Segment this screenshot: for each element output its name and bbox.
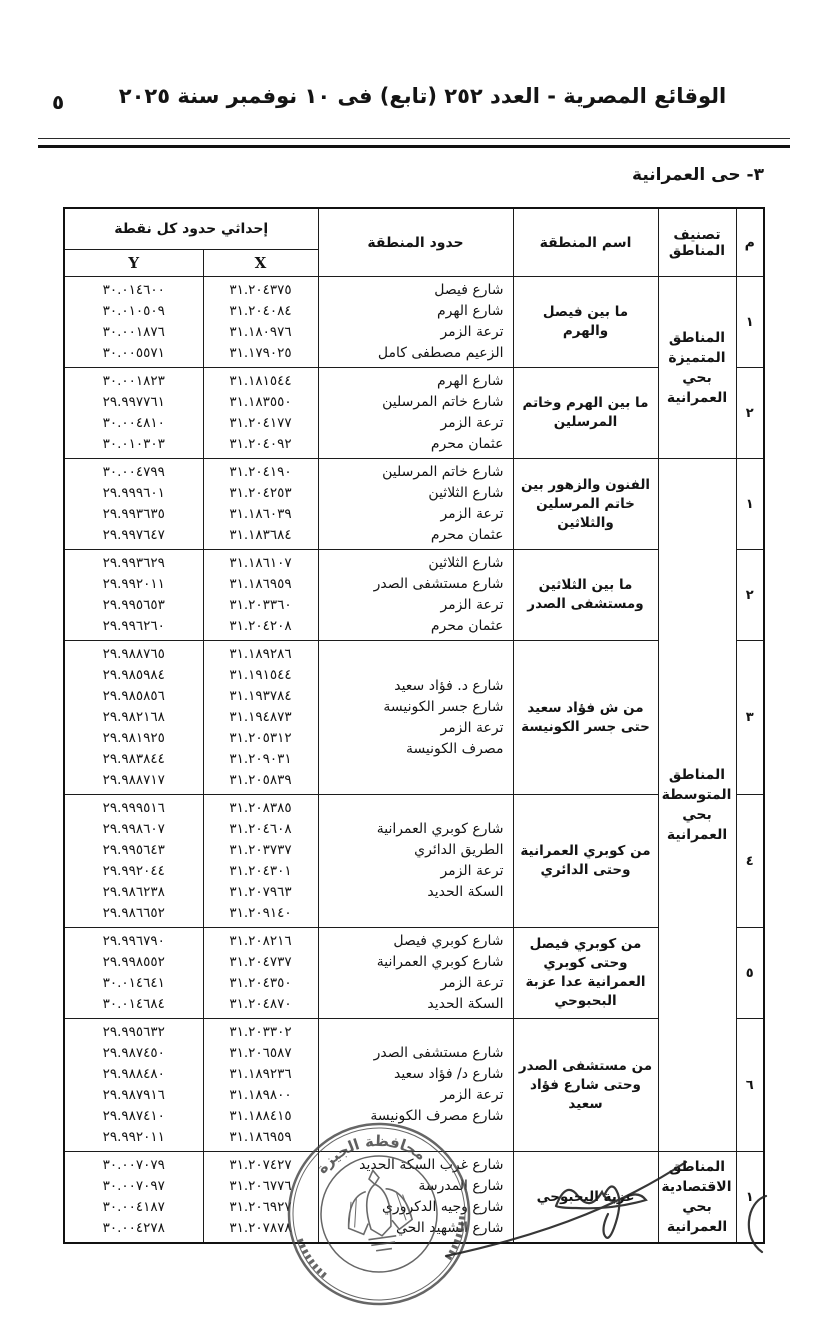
x-value: ٣١.٢٠٧٩٦٣ [206,882,316,903]
bound-street: عثمان محرم [321,434,504,455]
bound-street: شارع الهرم [321,371,504,392]
bound-street: ترعة الزمر [321,861,504,882]
stamp-label: محافظة الجيزة [309,1124,431,1178]
area-name-cell: من ش فؤاد سعيد حتى جسر الكونيسة [513,641,658,795]
y-coords-cell: ٢٩.٩٩٥٦٣٢٢٩.٩٨٧٤٥٠٢٩.٩٨٨٤٨٠٢٩.٩٨٧٩١٦٢٩.٩… [64,1019,203,1152]
table-body: ١المناطق المتميزة بحي العمرانيةما بين في… [64,277,764,1244]
y-value: ٣٠.٠١٠٣٠٣ [67,434,201,455]
bound-street: عثمان محرم [321,616,504,637]
y-value: ٢٩.٩٨٥٨٥٦ [67,686,201,707]
y-value: ٢٩.٩٩٢٠٤٤ [67,861,201,882]
bound-street: ترعة الزمر [321,718,504,739]
y-value: ٣٠.٠٠٧٠٩٧ [67,1176,201,1197]
area-bounds-cell: شارع د. فؤاد سعيدشارع جسر الكونيسةترعة ا… [318,641,513,795]
x-value: ٣١.١٨٣٥٥٠ [206,392,316,413]
y-value: ٢٩.٩٩٦٧٩٠ [67,931,201,952]
table-header: م تصنيف المناطق اسم المنطقة حدود المنطقة… [64,208,764,277]
y-value: ٣٠.٠٠٤٨١٠ [67,413,201,434]
bound-street: شارع خاتم المرسلين [321,392,504,413]
x-coords-cell: ٣١.١٨١٥٤٤٣١.١٨٣٥٥٠٣١.٢٠٤١٧٧٣١.٢٠٤٠٩٢ [203,368,318,459]
y-value: ٢٩.٩٩٥٦٥٣ [67,595,201,616]
x-value: ٣١.٢٠٨٢١٦ [206,931,316,952]
row-index-cell: ٢ [736,368,764,459]
y-value: ٢٩.٩٨٥٩٨٤ [67,665,201,686]
y-value: ٢٩.٩٨٧٤١٠ [67,1106,201,1127]
y-value: ٢٩.٩٩٧٦٤٧ [67,525,201,546]
y-coords-cell: ٣٠.٠٠٧٠٧٩٣٠.٠٠٧٠٩٧٣٠.٠٠٤١٨٧٣٠.٠٠٤٢٧٨ [64,1152,203,1244]
y-coords-cell: ٢٩.٩٩٩٥١٦٢٩.٩٩٨٦٠٧٢٩.٩٩٥٦٤٣٢٩.٩٩٢٠٤٤٢٩.٩… [64,795,203,928]
bound-street: شارع د. فؤاد سعيد [321,676,504,697]
y-value: ٢٩.٩٩٩٦٠١ [67,483,201,504]
y-value: ٢٩.٩٩٦٢٦٠ [67,616,201,637]
x-value: ٣١.٢٠٤٠٨٤ [206,301,316,322]
signature-scribble [428,1148,798,1273]
col-header-coords-group: إحداثي حدود كل نقطة [64,208,318,250]
x-value: ٣١.٢٠٤١٧٧ [206,413,316,434]
y-value: ٣٠.٠١٠٥٠٩ [67,301,201,322]
table-row: ١المناطق المتميزة بحي العمرانيةما بين في… [64,277,764,368]
col-header-y: Y [64,250,203,277]
y-value: ٢٩.٩٨٦٦٥٢ [67,903,201,924]
col-header-x: X [203,250,318,277]
x-value: ٣١.١٨٦١٠٧ [206,553,316,574]
x-value: ٣١.١٩٣٧٨٤ [206,686,316,707]
bound-street: ترعة الزمر [321,413,504,434]
area-bounds-cell: شارع كوبري فيصلشارع كوبري العمرانيةترعة … [318,928,513,1019]
bound-street: ترعة الزمر [321,973,504,994]
y-coords-cell: ٢٩.٩٩٦٧٩٠٢٩.٩٩٨٥٥٢٣٠.٠١٤٦٤١٣٠.٠١٤٦٨٤ [64,928,203,1019]
y-value: ٢٩.٩٩٨٥٥٢ [67,952,201,973]
x-value: ٣١.٢٠٤٢٠٨ [206,616,316,637]
x-value: ٣١.٢٠٤٧٣٧ [206,952,316,973]
y-value: ٢٩.٩٩٥٦٤٣ [67,840,201,861]
bound-street: شارع مستشفى الصدر [321,574,504,595]
page-title: الوقائع المصرية - العدد ٢٥٢ (تابع) فى ١٠… [110,84,735,108]
x-value: ٣١.٢٠٨٣٨٥ [206,798,316,819]
x-value: ٣١.١٨٠٩٧٦ [206,322,316,343]
x-value: ٣١.٢٠٤٦٠٨ [206,819,316,840]
area-name-cell: من مستشفى الصدر وحتى شارع فؤاد سعيد [513,1019,658,1152]
y-value: ٢٩.٩٨٨٤٨٠ [67,1064,201,1085]
x-coords-cell: ٣١.٢٠٤٣٧٥٣١.٢٠٤٠٨٤٣١.١٨٠٩٧٦٣١.١٧٩٠٢٥ [203,277,318,368]
y-value: ٢٩.٩٨٨٧١٧ [67,770,201,791]
x-value: ٣١.٢٠٤٨٧٠ [206,994,316,1015]
area-name-cell: الفنون والزهور بين خاتم المرسلين والثلاث… [513,459,658,550]
area-bounds-cell: شارع الثلاثينشارع مستشفى الصدرترعة الزمر… [318,550,513,641]
y-value: ٢٩.٩٩٧٧٦١ [67,392,201,413]
area-bounds-cell: شارع فيصلشارع الهرمترعة الزمرالزعيم مصطف… [318,277,513,368]
x-value: ٣١.١٨٦٩٥٩ [206,574,316,595]
y-value: ٢٩.٩٩٢٠١١ [67,574,201,595]
row-index-cell: ٦ [736,1019,764,1152]
bound-street: ترعة الزمر [321,595,504,616]
x-value: ٣١.١٨٣٦٨٤ [206,525,316,546]
x-value: ٣١.٢٠٩٠٣١ [206,749,316,770]
districts-coordinates-table: م تصنيف المناطق اسم المنطقة حدود المنطقة… [63,207,765,1244]
x-value: ٣١.١٧٩٠٢٥ [206,343,316,364]
x-value: ٣١.٢٠٤٢٥٣ [206,483,316,504]
section-heading: ٣- حى العمرانية [632,165,764,185]
row-index-cell: ١ [736,277,764,368]
row-index-cell: ٢ [736,550,764,641]
col-header-index: م [736,208,764,277]
x-value: ٣١.٢٠٣٧٣٧ [206,840,316,861]
y-value: ٣٠.٠١٤٦٨٤ [67,994,201,1015]
x-value: ٣١.١٨٩٢٣٦ [206,1064,316,1085]
bound-street: شارع كوبري العمرانية [321,819,504,840]
y-value: ٢٩.٩٩٩٥١٦ [67,798,201,819]
y-value: ٣٠.٠٠٥٥٧١ [67,343,201,364]
x-value: ٣١.٢٠٤١٩٠ [206,462,316,483]
y-value: ٣٠.٠١٤٦٠٠ [67,280,201,301]
area-bounds-cell: شارع كوبري العمرانيةالطريق الدائريترعة ا… [318,795,513,928]
header-rule [38,138,790,148]
y-value: ٣٠.٠٠٧٠٧٩ [67,1155,201,1176]
eagle-emblem-icon [341,1166,416,1254]
bound-street: مصرف الكونيسة [321,739,504,760]
x-coords-cell: ٣١.٢٠٤١٩٠٣١.٢٠٤٢٥٣٣١.١٨٦٠٣٩٣١.١٨٣٦٨٤ [203,459,318,550]
area-name-cell: ما بين الثلاثين ومستشفى الصدر [513,550,658,641]
table-row: ١المناطق المتوسطة بحي العمرانيةالفنون وا… [64,459,764,550]
gazette-page: { "page": { "header_title": "الوقائع الم… [0,0,830,1324]
bound-street: ترعة الزمر [321,1085,504,1106]
bound-street: شارع جسر الكونيسة [321,697,504,718]
svg-text:محافظة الجيزة: محافظة الجيزة [309,1124,431,1178]
y-value: ٢٩.٩٨٣٨٤٤ [67,749,201,770]
bound-street: شارع الثلاثين [321,483,504,504]
bound-street: السكة الحديد [321,882,504,903]
row-index-cell: ٥ [736,928,764,1019]
area-bounds-cell: شارع خاتم المرسلينشارع الثلاثينترعة الزم… [318,459,513,550]
x-coords-cell: ٣١.٢٠٨٣٨٥٣١.٢٠٤٦٠٨٣١.٢٠٣٧٣٧٣١.٢٠٤٣٠١٣١.٢… [203,795,318,928]
area-name-cell: من كوبري فيصل وحتى كوبري العمرانية عدا ع… [513,928,658,1019]
x-value: ٣١.٢٠٣٣٠٢ [206,1022,316,1043]
bound-street: ترعة الزمر [321,322,504,343]
page-number: ٥ [52,90,64,114]
y-value: ٢٩.٩٨٢١٦٨ [67,707,201,728]
bound-street: شارع الهرم [321,301,504,322]
row-index-cell: ١ [736,459,764,550]
x-value: ٣١.٢٠٥٨٣٩ [206,770,316,791]
x-coords-cell: ٣١.١٨٩٢٨٦٣١.١٩١٥٤٤٣١.١٩٣٧٨٤٣١.١٩٤٨٧٣٣١.٢… [203,641,318,795]
y-value: ٢٩.٩٨٧٤٥٠ [67,1043,201,1064]
y-value: ٢٩.٩٩٨٦٠٧ [67,819,201,840]
y-value: ٢٩.٩٩٣٦٣٥ [67,504,201,525]
y-coords-cell: ٢٩.٩٩٣٦٢٩٢٩.٩٩٢٠١١٢٩.٩٩٥٦٥٣٢٩.٩٩٦٢٦٠ [64,550,203,641]
row-index-cell: ٣ [736,641,764,795]
y-value: ٣٠.٠٠٤٢٧٨ [67,1218,201,1239]
x-value: ٣١.١٨١٥٤٤ [206,371,316,392]
bound-street: السكة الحديد [321,994,504,1015]
y-value: ٣٠.٠٠٤٧٩٩ [67,462,201,483]
x-coords-cell: ٣١.٢٠٨٢١٦٣١.٢٠٤٧٣٧٣١.٢٠٤٣٥٠٣١.٢٠٤٨٧٠ [203,928,318,1019]
y-value: ٢٩.٩٨١٩٢٥ [67,728,201,749]
y-coords-cell: ٣٠.٠١٤٦٠٠٣٠.٠١٠٥٠٩٣٠.٠٠١٨٧٦٣٠.٠٠٥٥٧١ [64,277,203,368]
area-name-cell: ما بين الهرم وخاتم المرسلين [513,368,658,459]
y-value: ٢٩.٩٩٣٦٢٩ [67,553,201,574]
row-index-cell: ٤ [736,795,764,928]
y-coords-cell: ٢٩.٩٨٨٧٦٥٢٩.٩٨٥٩٨٤٢٩.٩٨٥٨٥٦٢٩.٩٨٢١٦٨٢٩.٩… [64,641,203,795]
x-value: ٣١.٢٠٣٣٦٠ [206,595,316,616]
x-value: ٣١.١٨٩٢٨٦ [206,644,316,665]
x-value: ٣١.٢٠٤٣٥٠ [206,973,316,994]
x-value: ٣١.٢٠٤٣٧٥ [206,280,316,301]
y-value: ٢٩.٩٨٦٢٣٨ [67,882,201,903]
x-value: ٣١.١٨٩٨٠٠ [206,1085,316,1106]
bound-street: شارع د/ فؤاد سعيد [321,1064,504,1085]
bound-street: عثمان محرم [321,525,504,546]
col-header-bounds: حدود المنطقة [318,208,513,277]
classification-cell: المناطق المتوسطة بحي العمرانية [658,459,736,1152]
classification-cell: المناطق المتميزة بحي العمرانية [658,277,736,459]
y-value: ٢٩.٩٨٧٩١٦ [67,1085,201,1106]
bound-street: شارع فيصل [321,280,504,301]
bound-street: الطريق الدائري [321,840,504,861]
bound-street: شارع الثلاثين [321,553,504,574]
y-coords-cell: ٣٠.٠٠١٨٢٣٢٩.٩٩٧٧٦١٣٠.٠٠٤٨١٠٣٠.٠١٠٣٠٣ [64,368,203,459]
x-value: ٣١.٢٠٤٣٠١ [206,861,316,882]
col-header-classification: تصنيف المناطق [658,208,736,277]
bound-street: الزعيم مصطفى كامل [321,343,504,364]
y-value: ٣٠.٠١٤٦٤١ [67,973,201,994]
col-header-area-name: اسم المنطقة [513,208,658,277]
x-value: ٣١.٢٠٦٥٨٧ [206,1043,316,1064]
x-coords-cell: ٣١.١٨٦١٠٧٣١.١٨٦٩٥٩٣١.٢٠٣٣٦٠٣١.٢٠٤٢٠٨ [203,550,318,641]
x-value: ٣١.١٨٦٠٣٩ [206,504,316,525]
y-coords-cell: ٣٠.٠٠٤٧٩٩٢٩.٩٩٩٦٠١٢٩.٩٩٣٦٣٥٢٩.٩٩٧٦٤٧ [64,459,203,550]
bound-street: شارع كوبري فيصل [321,931,504,952]
x-value: ٣١.٢٠٤٠٩٢ [206,434,316,455]
bound-street: ترعة الزمر [321,504,504,525]
y-value: ٣٠.٠٠٤١٨٧ [67,1197,201,1218]
y-value: ٢٩.٩٨٨٧٦٥ [67,644,201,665]
y-value: ٢٩.٩٩٥٦٣٢ [67,1022,201,1043]
y-value: ٣٠.٠٠١٨٧٦ [67,322,201,343]
bound-street: شارع خاتم المرسلين [321,462,504,483]
x-value: ٣١.١٩١٥٤٤ [206,665,316,686]
x-value: ٣١.١٩٤٨٧٣ [206,707,316,728]
bound-street: شارع مستشفى الصدر [321,1043,504,1064]
y-value: ٢٩.٩٩٢٠١١ [67,1127,201,1148]
area-bounds-cell: شارع الهرمشارع خاتم المرسلينترعة الزمرعث… [318,368,513,459]
area-name-cell: ما بين فيصل والهرم [513,277,658,368]
area-name-cell: من كوبري العمرانية وحتى الدائري [513,795,658,928]
y-value: ٣٠.٠٠١٨٢٣ [67,371,201,392]
bound-street: شارع كوبري العمرانية [321,952,504,973]
x-value: ٣١.٢٠٩١٤٠ [206,903,316,924]
x-value: ٣١.٢٠٥٣١٢ [206,728,316,749]
